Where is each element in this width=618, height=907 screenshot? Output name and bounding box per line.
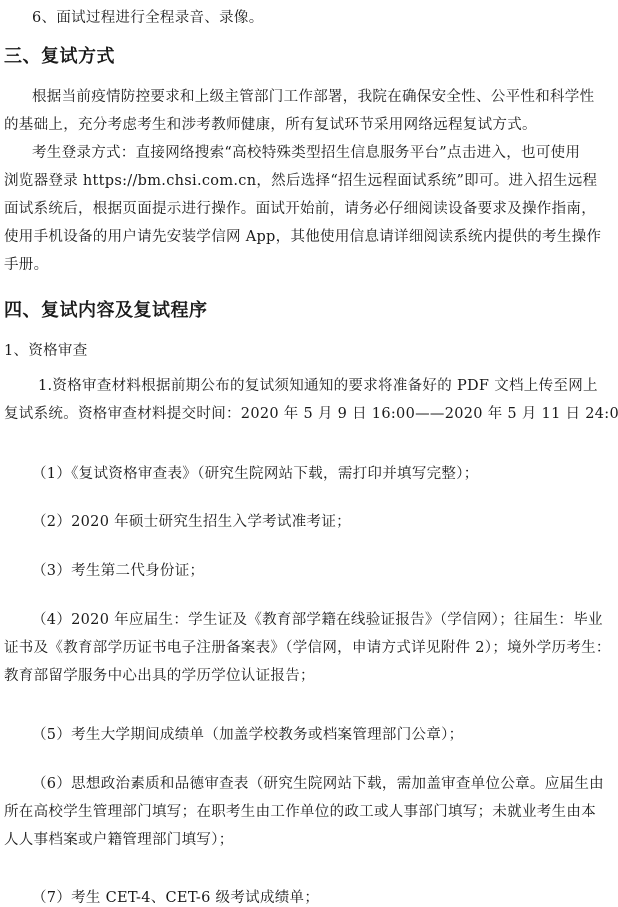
- text-line: 所在高校学生管理部门填写；在职考生由工作单位的政工或人事部门填写；未就业考生由本: [4, 802, 618, 822]
- list-item: （5）考生大学期间成绩单（加盖学校教务或档案管理部门公章）；: [32, 725, 618, 745]
- text-line: 的基础上，充分考虑考生和涉考教师健康，所有复试环节采用网络远程复试方式。: [4, 115, 618, 135]
- text-line: 教育部留学服务中心出具的学历学位认证报告；: [4, 666, 618, 686]
- text-line: 证书及《教育部学历证书电子注册备案表》（学信网，申请方式详见附件 2）；境外学历…: [4, 638, 618, 658]
- list-item: （7）考生 CET-4、CET-6 级考试成绩单；: [32, 888, 618, 907]
- text-line: 面试系统后，根据页面提示进行操作。面试开始前，请务必仔细阅读设备要求及操作指南，: [4, 199, 618, 219]
- text-line: （6）思想政治素质和品德审查表（研究生院网站下载，需加盖审查单位公章。应届生由: [32, 774, 618, 794]
- section-4-heading: 四、复试内容及复试程序: [4, 299, 208, 323]
- text-line: 1.资格审查材料根据前期公布的复试须知通知的要求将准备好的 PDF 文档上传至网…: [38, 376, 618, 396]
- text-line: 复试系统。资格审查材料提交时间：2020 年 5 月 9 日 16:00——20…: [4, 404, 618, 424]
- intro-item-6: 6、面试过程进行全程录音、录像。: [32, 8, 618, 28]
- section-3-heading: 三、复试方式: [4, 45, 115, 69]
- list-item: （3）考生第二代身份证；: [32, 561, 618, 581]
- list-item: （1）《复试资格审查表》（研究生院网站下载，需打印并填写完整）；: [32, 464, 618, 484]
- text-line: 浏览器登录 https://bm.chsi.com.cn，然后选择“招生远程面试…: [4, 171, 618, 191]
- subsection-heading: 1、资格审查: [4, 341, 618, 361]
- text-line: 使用手机设备的用户请先安装学信网 App，其他使用信息请详细阅读系统内提供的考生…: [4, 227, 618, 247]
- text-line: 考生登录方式：直接网络搜索“高校特殊类型招生信息服务平台”点击进入，也可使用: [32, 143, 618, 163]
- text-line: （4）2020 年应届生：学生证及《教育部学籍在线验证报告》（学信网）；往届生：…: [32, 610, 618, 630]
- text-line: 根据当前疫情防控要求和上级主管部门工作部署，我院在确保安全性、公平性和科学性: [32, 87, 618, 107]
- list-item: （2）2020 年硕士研究生招生入学考试准考证；: [32, 512, 618, 532]
- text-line: 手册。: [4, 255, 618, 275]
- text-line: 人人事档案或户籍管理部门填写）；: [4, 830, 618, 850]
